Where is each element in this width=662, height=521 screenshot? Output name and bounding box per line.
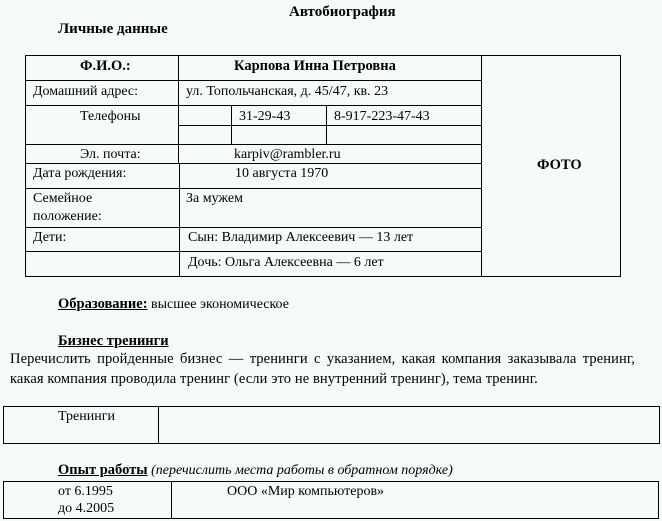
children-label: Дети: (33, 228, 66, 247)
personal-data-heading: Личные данные (58, 21, 168, 38)
trainings-heading: Бизнес тренинги (58, 333, 169, 350)
birth-label: Дата рождения: (33, 164, 126, 183)
experience-company: ООО «Мир компьютеров» (227, 482, 384, 501)
experience-heading-line: Опыт работы (перечислить места работы в … (58, 462, 453, 479)
child-item: Дочь: Ольга Алексеевна — 6 лет (188, 253, 384, 272)
photo-placeholder: ФОТО (537, 156, 582, 175)
fio-value: Карпова Инна Петровна (234, 57, 396, 76)
marital-label-line1: Семейное (33, 189, 92, 208)
email-value[interactable]: karpiv@rambler.ru (234, 145, 341, 164)
address-label: Домашний адрес: (33, 82, 138, 101)
document-title: Автобиография (289, 4, 396, 21)
experience-heading: Опыт работы (58, 462, 148, 478)
experience-to: до 4.2005 (58, 499, 114, 518)
trainings-table-label: Тренинги (58, 407, 115, 426)
birth-value: 10 августа 1970 (235, 164, 328, 183)
education-value: высшее экономическое (148, 297, 289, 312)
child-item: Сын: Владимир Алексеевич — 13 лет (188, 228, 413, 247)
phones-label: Телефоны (80, 107, 141, 126)
phone-1: 31-29-43 (239, 107, 290, 126)
marital-label-line2: положение: (33, 207, 102, 226)
education-line: Образование: высшее экономическое (58, 296, 289, 313)
education-label: Образование: (58, 296, 148, 312)
address-value: ул. Топольчанская, д. 45/47, кв. 23 (186, 82, 388, 101)
phone-2: 8-917-223-47-43 (334, 107, 430, 126)
trainings-description: Перечислить пройденные бизнес — тренинги… (10, 349, 635, 389)
email-label: Эл. почта: (80, 145, 141, 164)
fio-label: Ф.И.О.: (80, 57, 131, 76)
trainings-table-value[interactable] (166, 407, 651, 441)
marital-value: За мужем (186, 189, 243, 208)
experience-note: (перечислить места работы в обратном пор… (148, 463, 453, 478)
